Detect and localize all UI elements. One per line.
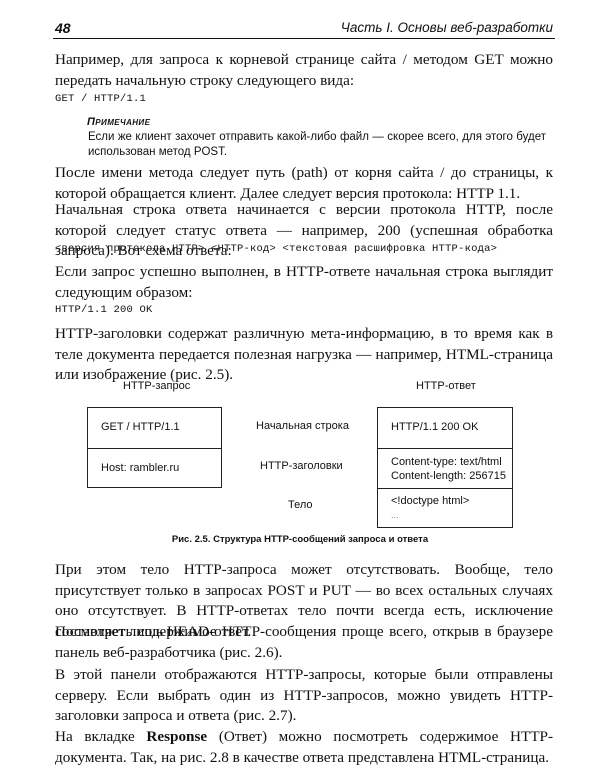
- paragraph-7: Посмотреть содержимое HTTP-сообщения про…: [55, 622, 553, 663]
- paragraph-9: На вкладке Response (Ответ) можно посмот…: [55, 727, 553, 768]
- figure-caption: Рис. 2.5. Структура HTTP-сообщений запро…: [0, 534, 600, 545]
- code-response-scheme: <версия протокола HTTP> <HTTP-код> <текс…: [55, 243, 497, 255]
- page-header: 48 Часть I. Основы веб-разработки: [53, 18, 555, 39]
- paragraph-4: Если запрос успешно выполнен, в HTTP-отв…: [55, 262, 553, 303]
- paragraph-1: Например, для запроса к корневой страниц…: [55, 50, 553, 91]
- paragraph-2: После имени метода следует путь (path) о…: [55, 163, 553, 204]
- request-title: HTTP-запрос: [123, 380, 190, 392]
- body-doctype: <!doctype html>: [391, 494, 512, 508]
- note-body: Если же клиент захочет отправить какой-л…: [88, 130, 546, 160]
- paragraph-5: HTTP-заголовки содержат различную мета-и…: [55, 324, 553, 386]
- response-body: <!doctype html> ...: [378, 488, 512, 528]
- body-ellipsis: ...: [391, 508, 512, 522]
- response-title: HTTP-ответ: [416, 380, 476, 392]
- paragraph-8: В этой панели отображаются HTTP-запросы,…: [55, 665, 553, 727]
- request-start-line: GET / HTTP/1.1: [88, 408, 221, 448]
- header-content-length: Content-length: 256715: [391, 469, 512, 483]
- request-box: GET / HTTP/1.1 Host: rambler.ru: [87, 407, 222, 488]
- request-headers: Host: rambler.ru: [88, 448, 221, 488]
- running-title: Часть I. Основы веб-разработки: [341, 20, 553, 35]
- note-title: Примечание: [87, 116, 150, 128]
- header-content-type: Content-type: text/html: [391, 455, 512, 469]
- response-headers: Content-type: text/html Content-length: …: [378, 448, 512, 488]
- response-tab-term: Response: [146, 728, 207, 745]
- code-request-line: GET / HTTP/1.1: [55, 93, 146, 105]
- response-box: HTTP/1.1 200 OK Content-type: text/html …: [377, 407, 513, 528]
- label-start-line: Начальная строка: [256, 420, 349, 432]
- response-start-line: HTTP/1.1 200 OK: [378, 408, 512, 448]
- page-number: 48: [55, 20, 71, 36]
- label-headers: HTTP-заголовки: [260, 460, 343, 472]
- paragraph-9-prefix: На вкладке: [55, 728, 146, 745]
- label-body: Тело: [288, 499, 313, 511]
- code-response-line: HTTP/1.1 200 OK: [55, 304, 153, 316]
